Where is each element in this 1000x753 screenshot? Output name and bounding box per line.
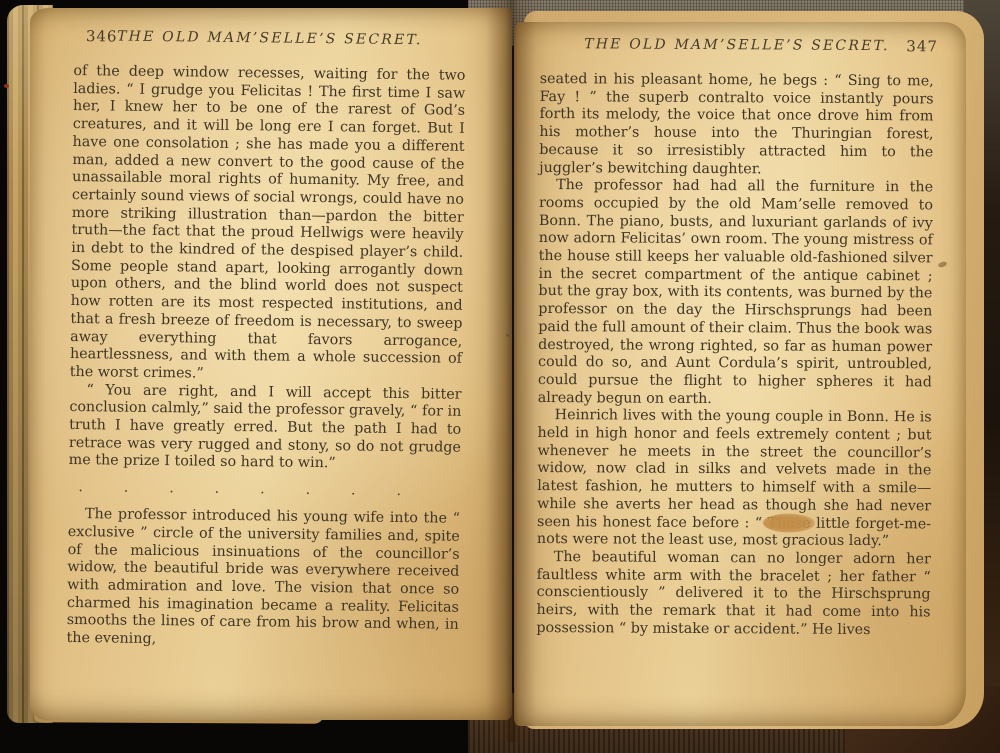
right-page-number: 347 xyxy=(906,38,938,56)
right-page-content: THE OLD MAM’SELLE’S SECRET. 347 seated i… xyxy=(536,36,934,640)
left-page-number: 346 xyxy=(86,28,118,46)
left-paragraph-3: The professor introduced his young wife … xyxy=(66,506,460,652)
left-running-title: THE OLD MAM’SELLE’S SECRET. xyxy=(117,29,423,50)
red-speck xyxy=(4,84,9,88)
right-page-header: THE OLD MAM’SELLE’S SECRET. 347 xyxy=(540,36,934,60)
left-page: 346 THE OLD MAM’SELLE’S SECRET. of the d… xyxy=(30,8,512,720)
right-page: THE OLD MAM’SELLE’S SECRET. 347 seated i… xyxy=(514,22,966,726)
left-page-content: 346 THE OLD MAM’SELLE’S SECRET. of the d… xyxy=(66,28,466,653)
ink-stain-word: These xyxy=(768,515,811,531)
right-paragraph-2: The professor had had all the furniture … xyxy=(538,177,933,410)
right-running-title: THE OLD MAM’SELLE’S SECRET. xyxy=(584,36,890,56)
left-paragraph-2: “ You are right, and I will accept this … xyxy=(69,382,462,475)
right-paragraph-3: Heinrich lives with the young couple in … xyxy=(537,407,932,551)
right-paragraph-4: The beautiful woman can no longer adorn … xyxy=(536,549,931,640)
section-break-dots: ........ xyxy=(68,470,460,511)
paragraph-text-before-stain: Heinrich lives with the young couple in … xyxy=(537,407,932,531)
gutter-speck xyxy=(506,334,510,337)
right-paragraph-1: seated in his pleasant home, he begs : “… xyxy=(539,71,934,180)
left-page-header: 346 THE OLD MAM’SELLE’S SECRET. xyxy=(74,28,466,55)
left-paragraph-1: of the deep window recesses, waiting for… xyxy=(70,63,466,386)
